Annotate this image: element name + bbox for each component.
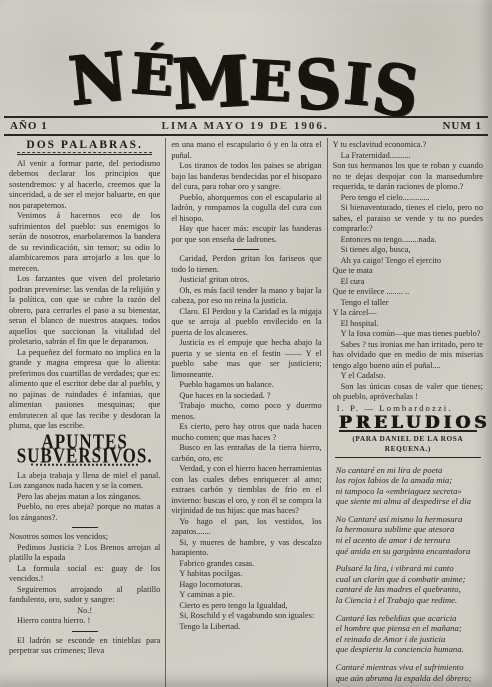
paragraph: Busco en las entrañas de la tierra hierr…	[171, 443, 321, 464]
paragraph: Son tus hermanos los que te roban y cuan…	[333, 161, 483, 193]
paragraph: Si tienes algo, busca,	[333, 245, 483, 256]
paragraph: Seguiremos arrojando al platillo fandule…	[9, 585, 160, 606]
masthead: NÉMESIS	[0, 0, 492, 112]
paragraph: No.!	[9, 606, 160, 617]
paragraph: Al venir a formar parte, del periodismo …	[9, 159, 160, 212]
paragraph: Y caminas a pie.	[171, 590, 321, 601]
section-subheading: (PARA DANIEL DE LA ROSA REQUENA.)	[335, 434, 481, 458]
paragraph: Yo hago el pan, los vestidos, los zapato…	[171, 517, 321, 538]
masthead-letter: S	[368, 53, 426, 129]
paragraph: Y la cárcel—	[333, 308, 483, 319]
section-divider	[233, 249, 259, 250]
paragraph: Y tu esclavitud economica.?	[333, 140, 483, 151]
paragraph: Verdad, y con el hierro hacen herramient…	[171, 464, 321, 517]
paragraph: Si bienaventurado, tienes el cielo, pero…	[333, 203, 483, 235]
paragraph: Pueblo hagamos un balance.	[171, 380, 321, 391]
paragraph: Hierro contra hierro. !	[9, 616, 160, 627]
paragraph: Tengo la Libertad.	[171, 622, 321, 633]
paragraph: Pero las abejas matan a los zánganos.	[9, 492, 160, 503]
paragraph: Si, y mueres de hambre, y vas descalzo h…	[171, 538, 321, 559]
paragraph: Hago locomotoras.	[171, 580, 321, 591]
paragraph: Pedimos Justicia ? Los Brenos arrojan al…	[9, 543, 160, 564]
paragraph: Y la fosa comùn—que mas tienes pueblo?	[333, 329, 483, 340]
section-heading: APUNTES SUBVERSIVOS.	[9, 436, 160, 466]
paragraph: La Fraternidad..........	[333, 151, 483, 162]
paragraph: El cura	[333, 277, 483, 288]
paragraph: Trabajo mucho, como poco y duermo menos.	[171, 401, 321, 422]
dateline-number: NUM 1	[442, 120, 482, 132]
poem-stanza: Cantaré las rebeldias que acaricia el ho…	[336, 613, 483, 655]
paragraph: Pueblo, no eres abeja? porque no matas a…	[9, 502, 160, 523]
paragraph: La formula social es: guay de los vencid…	[9, 564, 160, 585]
column-left: DOS PALABRAS.Al venir a formar parte, de…	[4, 138, 165, 687]
section-heading: DOS PALABRAS.	[17, 140, 152, 155]
paragraph: Sabes ? tus ironias me han irritado, per…	[333, 340, 483, 372]
masthead-letter: N	[65, 43, 132, 116]
section-divider	[72, 527, 98, 528]
newspaper-page: NÉMESIS AÑO 1 LIMA MAYO 19 DE 1906. NUM …	[0, 0, 492, 687]
paragraph: Oh, es más facil tender la mano y bajar …	[171, 286, 321, 307]
masthead-letter: E	[248, 52, 297, 109]
paragraph: El ladrón se esconde en tinieblas para p…	[9, 636, 160, 657]
paragraph: Que haces en la sociedad. ?	[171, 391, 321, 402]
paragraph: en una mano el escapulario ó y en la otr…	[171, 140, 321, 161]
masthead-title: NÉMESIS	[69, 50, 423, 112]
paragraph: Caridad, Perdon gritan los fariseos que …	[171, 254, 321, 275]
poem-stanza: Pulsaré la lira, i vibrará mi canto cual…	[336, 563, 483, 605]
author-signature: I. P. — Lombardozzi.	[333, 403, 483, 414]
poem-stanza: Cantaré mientras viva el sufrimiento que…	[336, 662, 483, 683]
poem-stanza: No Cantaré así mismo la hermosura la her…	[336, 514, 483, 556]
paragraph: Los tiranos de todos los paises se abrig…	[171, 161, 321, 193]
paragraph: El hospital.	[333, 319, 483, 330]
paragraph: Que te mata	[333, 266, 483, 277]
paragraph: La pequeñez del formato no implica en la…	[9, 348, 160, 432]
paragraph: Es cierto, pero hay otros que nada hacen…	[171, 422, 321, 443]
paragraph: La abeja trabaja y llena de miel el pana…	[9, 471, 160, 492]
column-right: Y tu esclavitud economica.?La Fraternida…	[327, 138, 488, 687]
section-heading: PRELUDIOS	[339, 418, 477, 432]
paragraph: Que te envilece ........ ..	[333, 287, 483, 298]
paragraph: Venimos á hacernos eco de los sufrimient…	[9, 211, 160, 274]
paragraph: Pero tengo el cielo.............	[333, 193, 483, 204]
paragraph: Tengo el taller	[333, 298, 483, 309]
dateline-year: AÑO 1	[10, 120, 48, 132]
paragraph: Si, Roschild y el vagabundo son iguales:	[171, 611, 321, 622]
paragraph: Entonces no tengo........nada.	[333, 235, 483, 246]
paragraph: Hay que hacer más: escupir las banderas …	[171, 224, 321, 245]
paragraph: Y el Cadalso.	[333, 371, 483, 382]
section-divider	[72, 631, 98, 632]
article-columns: DOS PALABRAS.Al venir a formar parte, de…	[4, 138, 488, 687]
paragraph: Pueblo, ahorquemos con el escapulario al…	[171, 193, 321, 225]
masthead-letter: S	[293, 49, 346, 120]
paragraph: Ah ya caigo! Tengo el ejercito	[333, 256, 483, 267]
paragraph: Cierto es pero tengo la Igualdad,	[171, 601, 321, 612]
paragraph: Los farzantes que viven del proletario p…	[9, 274, 160, 348]
paragraph: Son las únicas cosas de valer que tienes…	[333, 382, 483, 403]
column-center: en una mano el escapulario ó y en la otr…	[165, 138, 326, 687]
paragraph: Y habitas pocilgas.	[171, 569, 321, 580]
paragraph: Nosotros somos los vencidos;	[9, 532, 160, 543]
poem-stanza: No cantaré en mi lira de poeta los rojos…	[336, 465, 483, 507]
masthead-letter: M	[170, 46, 255, 120]
paragraph: Fabrico grandes casas.	[171, 559, 321, 570]
paragraph: Justicia! gritan otros.	[171, 275, 321, 286]
paragraph: Claro. El Perdon y la Caridad es la miga…	[171, 307, 321, 339]
paragraph: Justicia es el empuje que hecha abajo la…	[171, 338, 321, 380]
